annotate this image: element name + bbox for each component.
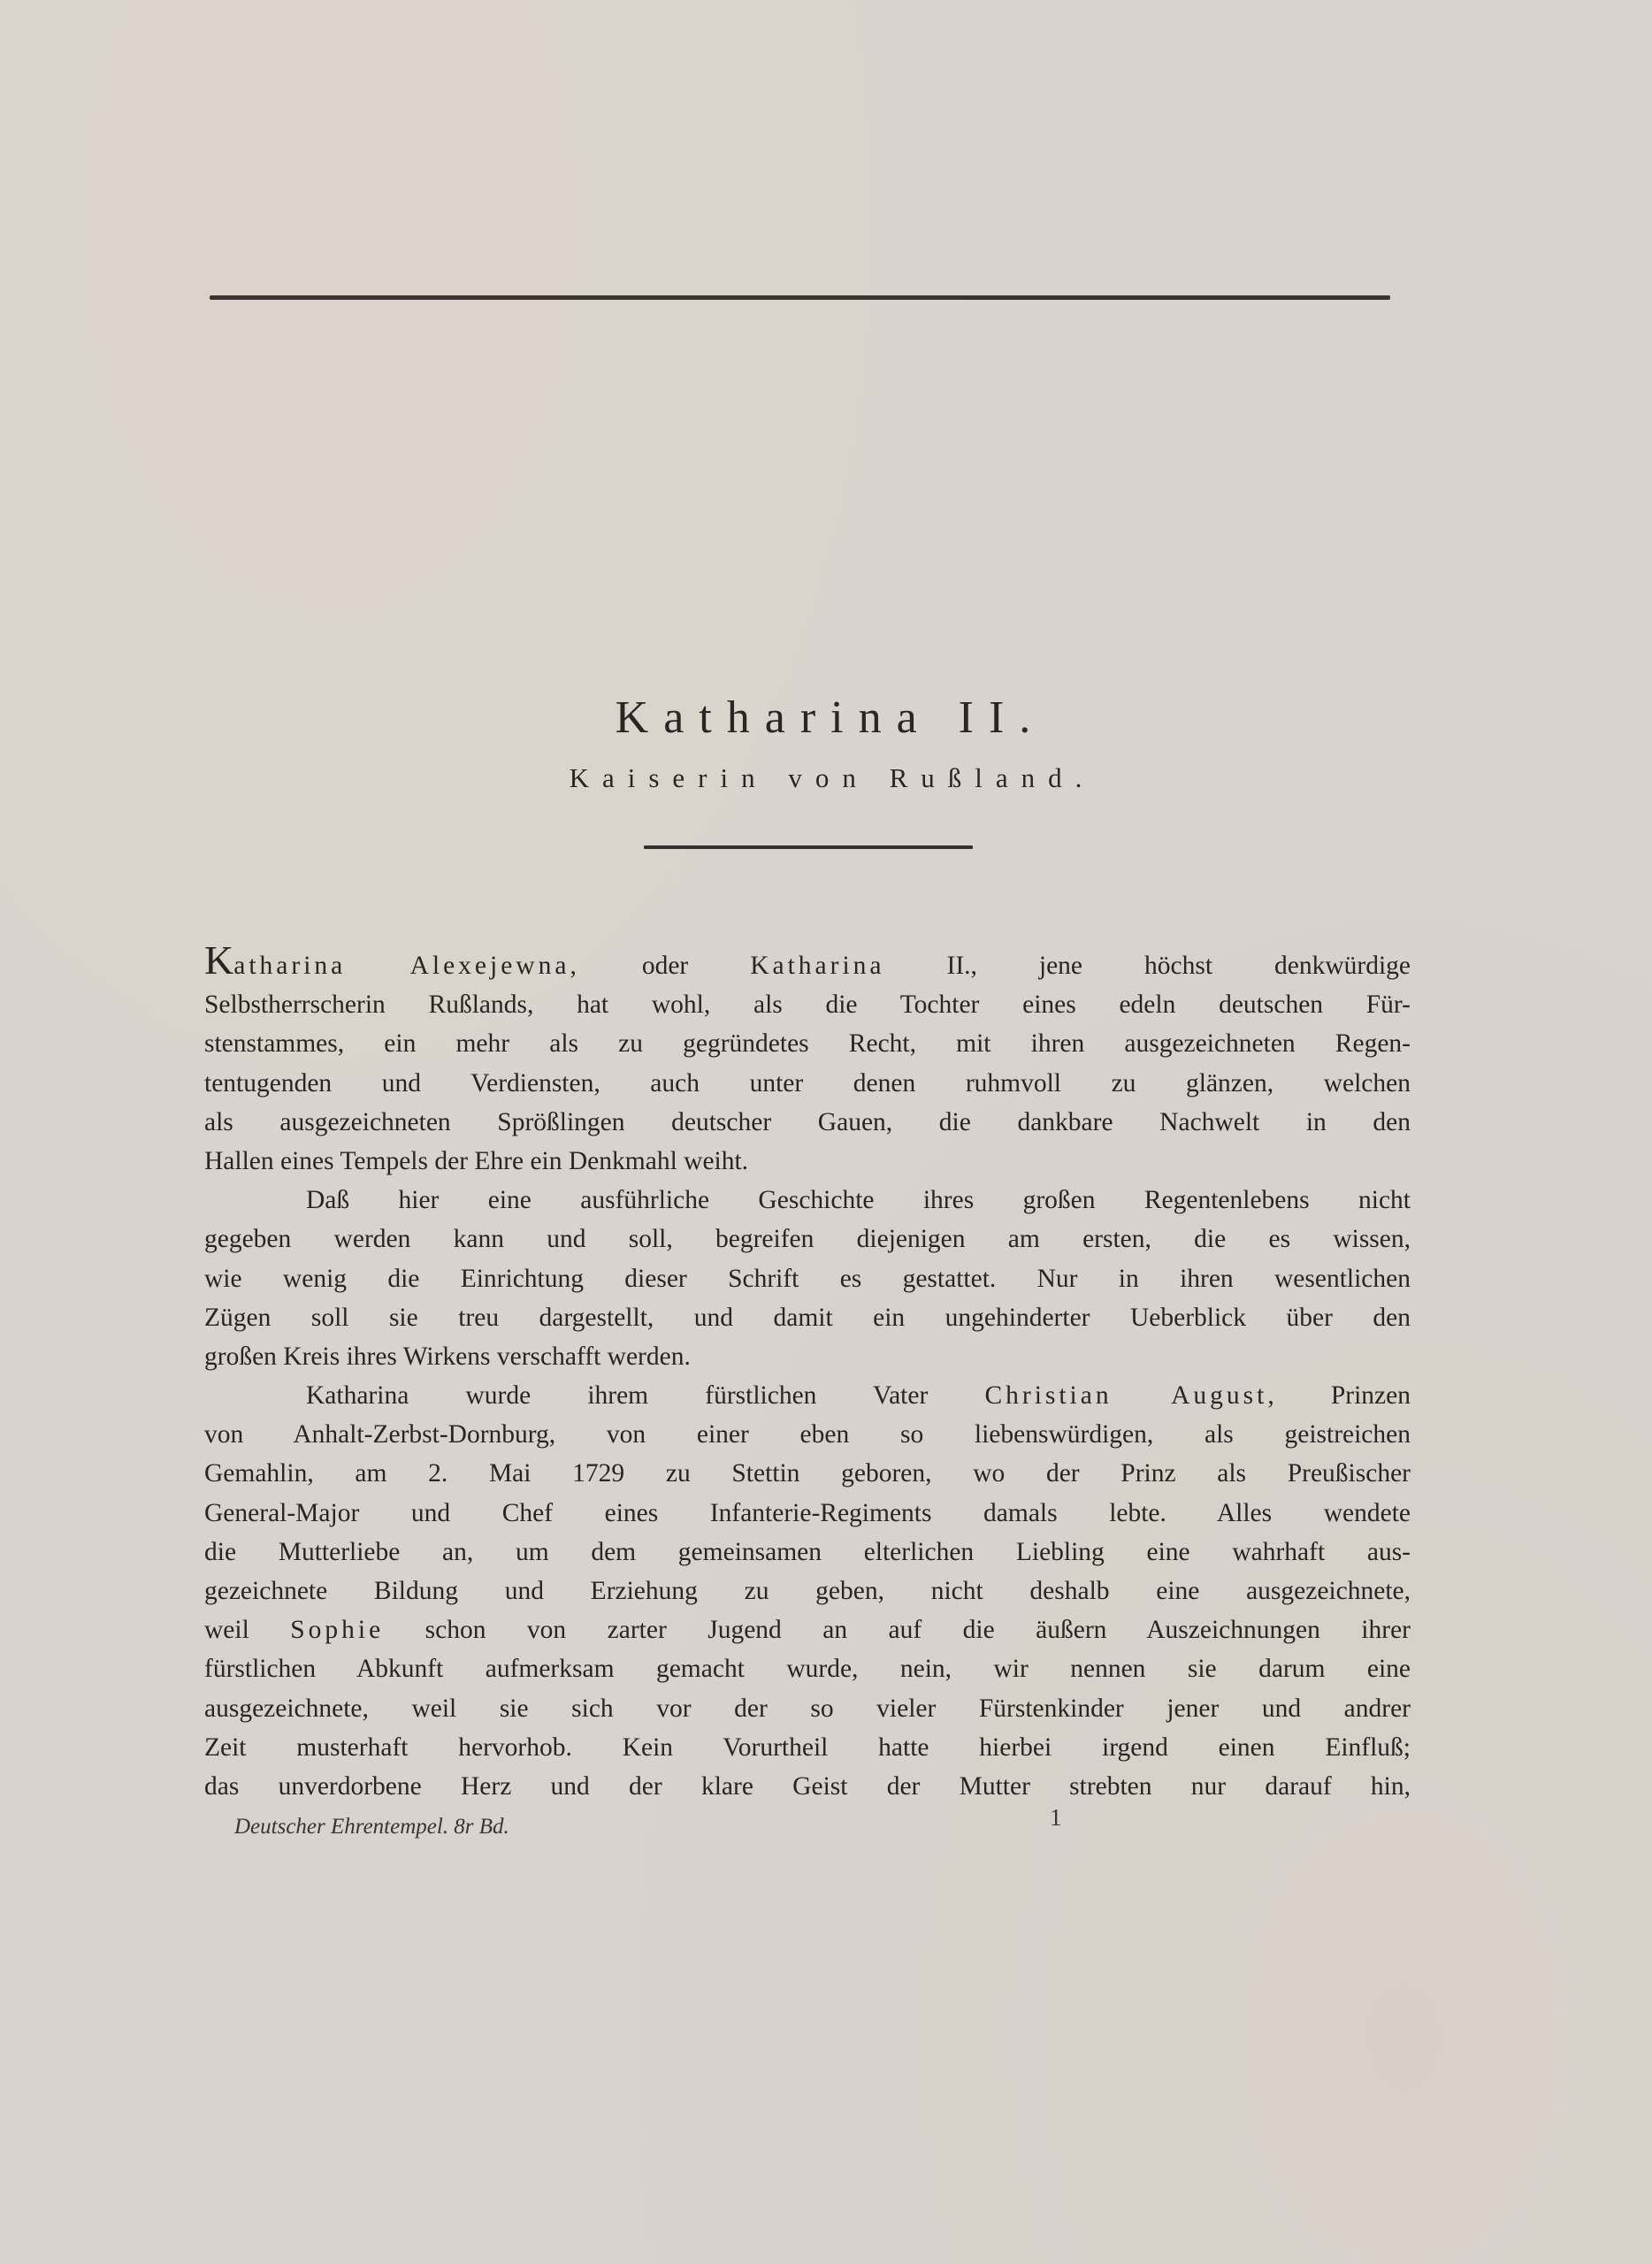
signature-mark: Deutscher Ehrentempel. 8r Bd. xyxy=(234,1815,509,1839)
text-line: fürstlichen Abkunft aufmerksam gemacht w… xyxy=(204,1649,1411,1688)
text-line: stenstammes, ein mehr als zu gegründetes… xyxy=(204,1024,1411,1063)
text-line: Katharina Alexejewna, oder Katharina II.… xyxy=(204,946,1411,985)
text-line: Hallen eines Tempels der Ehre ein Denkma… xyxy=(204,1142,1411,1181)
text-line: Zeit musterhaft hervorhob. Kein Vorurthe… xyxy=(204,1728,1411,1767)
text-line: Zügen soll sie treu dargestellt, und dam… xyxy=(204,1298,1411,1337)
body-text: Katharina Alexejewna, oder Katharina II.… xyxy=(204,946,1411,1806)
text-line: das unverdorbene Herz und der klare Geis… xyxy=(204,1767,1411,1806)
title-divider-rule xyxy=(644,845,973,849)
text-line: weil Sophie schon von zarter Jugend an a… xyxy=(204,1610,1411,1649)
text-line: General-Major und Chef eines Infanterie-… xyxy=(204,1494,1411,1533)
paragraph-2: Daß hier eine ausführliche Geschichte ih… xyxy=(204,1181,1411,1376)
text-line: tentugenden und Verdiensten, auch unter … xyxy=(204,1064,1411,1103)
paragraph-1: Katharina Alexejewna, oder Katharina II.… xyxy=(204,946,1411,1181)
text-line: großen Kreis ihres Wirkens verschafft we… xyxy=(204,1337,1411,1376)
text-line: gegeben werden kann und soll, begreifen … xyxy=(204,1220,1411,1258)
drop-cap: K xyxy=(204,937,233,983)
text-line: Daß hier eine ausführliche Geschichte ih… xyxy=(204,1181,1411,1220)
text-line: wie wenig die Einrichtung dieser Schrift… xyxy=(204,1259,1411,1298)
paragraph-3: Katharina wurde ihrem fürstlichen Vater … xyxy=(204,1376,1411,1806)
text-line: gezeichnete Bildung und Erziehung zu geb… xyxy=(204,1572,1411,1610)
book-page: Katharina II. Kaiserin von Rußland. Kath… xyxy=(0,0,1652,2264)
chapter-subtitle: Kaiserin von Rußland. xyxy=(0,762,1652,794)
page-number: 1 xyxy=(1050,1804,1062,1832)
text-line: Selbstherrscherin Rußlands, hat wohl, al… xyxy=(204,985,1411,1024)
text-line: Katharina wurde ihrem fürstlichen Vater … xyxy=(204,1376,1411,1415)
text-line: ausgezeichnete, weil sie sich vor der so… xyxy=(204,1689,1411,1728)
top-horizontal-rule xyxy=(210,295,1390,300)
text-line: als ausgezeichneten Sprößlingen deutsche… xyxy=(204,1103,1411,1142)
text-line: die Mutterliebe an, um dem gemeinsamen e… xyxy=(204,1533,1411,1572)
text-line: von Anhalt-Zerbst-Dornburg, von einer eb… xyxy=(204,1415,1411,1454)
text-line: Gemahlin, am 2. Mai 1729 zu Stettin gebo… xyxy=(204,1454,1411,1493)
chapter-title: Katharina II. xyxy=(0,692,1652,744)
